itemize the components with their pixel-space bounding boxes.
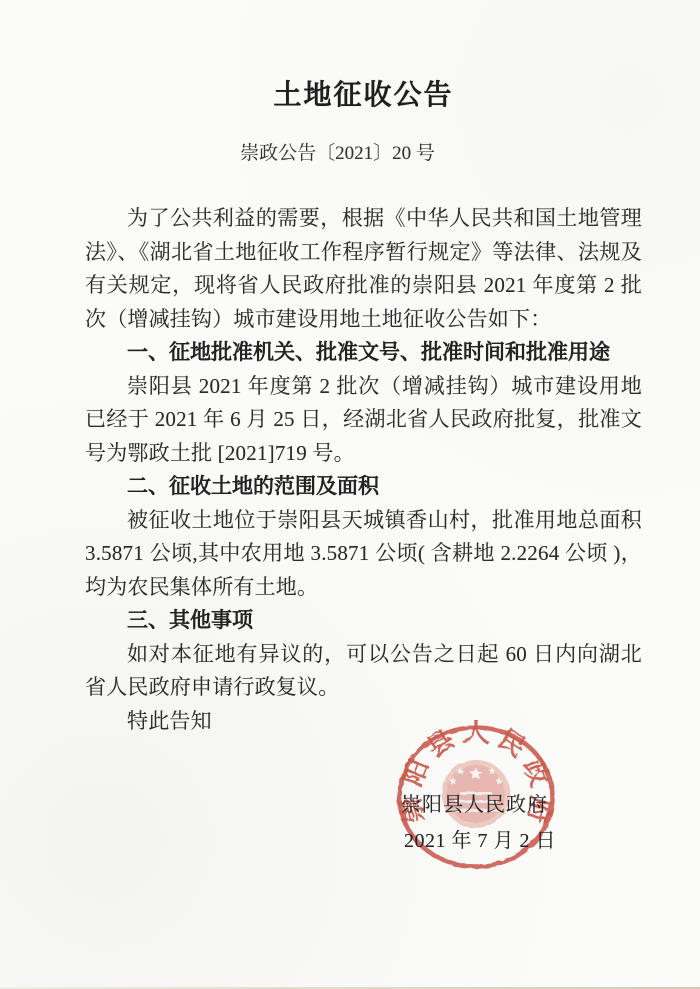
paragraph-approval: 崇阳县 2021 年度第 2 批次（增减挂钩）城市建设用地已经于 2021 年 … xyxy=(85,370,642,471)
document-content: 土地征收公告 崇政公告〔2021〕20 号 为了公共利益的需要，根据《中华人民共… xyxy=(85,0,642,738)
signature-org: 崇阳县人民政府 xyxy=(401,788,548,817)
signature-date: 2021 年 7 月 2 日 xyxy=(404,824,556,853)
section-heading-1: 一、征地批准机关、批准文号、批准时间和批准用途 xyxy=(85,336,642,370)
paragraph-scope: 被征收土地位于崇阳县天城镇香山村，批准用地总面积 3.5871 公顷,其中农用地… xyxy=(85,504,642,605)
paragraph-objection: 如对本征地有异议的，可以公告之日起 60 日内向湖北省人民政府申请行政复议。 xyxy=(85,638,642,705)
section-heading-3: 三、其他事项 xyxy=(85,604,642,638)
document-body: 为了公共利益的需要，根据《中华人民共和国土地管理法》、《湖北省土地征收工作程序暂… xyxy=(85,202,642,738)
document-page: 土地征收公告 崇政公告〔2021〕20 号 为了公共利益的需要，根据《中华人民共… xyxy=(0,0,700,989)
document-title: 土地征收公告 xyxy=(85,77,642,115)
section-heading-2: 二、征收土地的范围及面积 xyxy=(85,470,642,504)
document-number: 崇政公告〔2021〕20 号 xyxy=(59,142,616,166)
paragraph-intro: 为了公共利益的需要，根据《中华人民共和国土地管理法》、《湖北省土地征收工作程序暂… xyxy=(85,202,642,336)
